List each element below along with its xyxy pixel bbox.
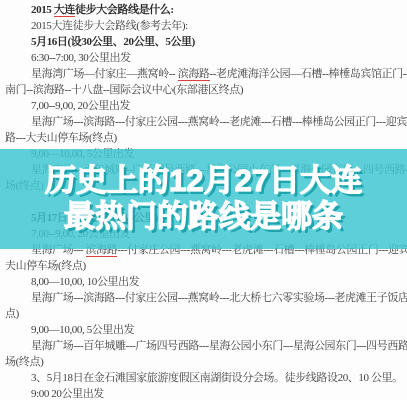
doc-line: 夫山停车场(终点) xyxy=(5,258,407,274)
spellcheck-underline: 滨海路 xyxy=(178,68,210,81)
doc-line: 星海湾广场—付家庄—燕窝岭-- 滨海路--老虎滩海洋公园—石槽--棒棰岛宾馆正门… xyxy=(5,66,407,82)
doc-line: 7,00--9,00, 20公里出发 xyxy=(5,98,407,114)
overlay-title-line2: 最热门的路线是哪条 xyxy=(64,199,343,235)
overlay-title-line1: 历史上的12月27日大连 xyxy=(45,163,362,199)
teal-title-overlay: 历史上的12月27日大连 最热门的路线是哪条 xyxy=(0,149,407,249)
doc-line: 3、5月18日在金石滩国家旅游度假区南湖街设分会场。徒步线路设20、10 公里。 xyxy=(5,370,407,386)
doc-line: 南门--滨海路--十八盘--国际会议中心(东部港区终点) xyxy=(5,82,407,98)
doc-line: 点) xyxy=(5,306,407,322)
doc-line: 星海广场---滨海路---付家庄公园---燕窝岭---北大桥七六零实验场---老… xyxy=(5,290,407,306)
doc-line: 路---大夫山停车场(终点) xyxy=(5,130,407,146)
spellcheck-underline: 大连 xyxy=(54,4,75,17)
doc-line: 星海广场---百年城雕---广场四号西路---星海公园小东门---星海公园东门-… xyxy=(5,338,407,354)
doc-line: 8,00—10,00, 10公里出发 xyxy=(5,274,407,290)
doc-line: 星海广场---滨海路---付家庄公园---燕窝岭---老虎滩---石槽---棒棰… xyxy=(5,114,407,130)
doc-line: 6:30--7:00, 30公里出发 xyxy=(5,50,407,66)
doc-line: 场(终点) xyxy=(5,354,407,370)
doc-line: 2015 大连徒步大会路线是什么: xyxy=(5,2,407,18)
doc-line: 2015大连徒步大会路线(参考去年): xyxy=(5,18,407,34)
doc-line: 5月16日(设30公里、20公里、5公里) xyxy=(5,34,407,50)
doc-line: 9:00 20公里出发 xyxy=(5,386,407,400)
doc-line: 9,00—10,00, 5公里出发 xyxy=(5,322,407,338)
